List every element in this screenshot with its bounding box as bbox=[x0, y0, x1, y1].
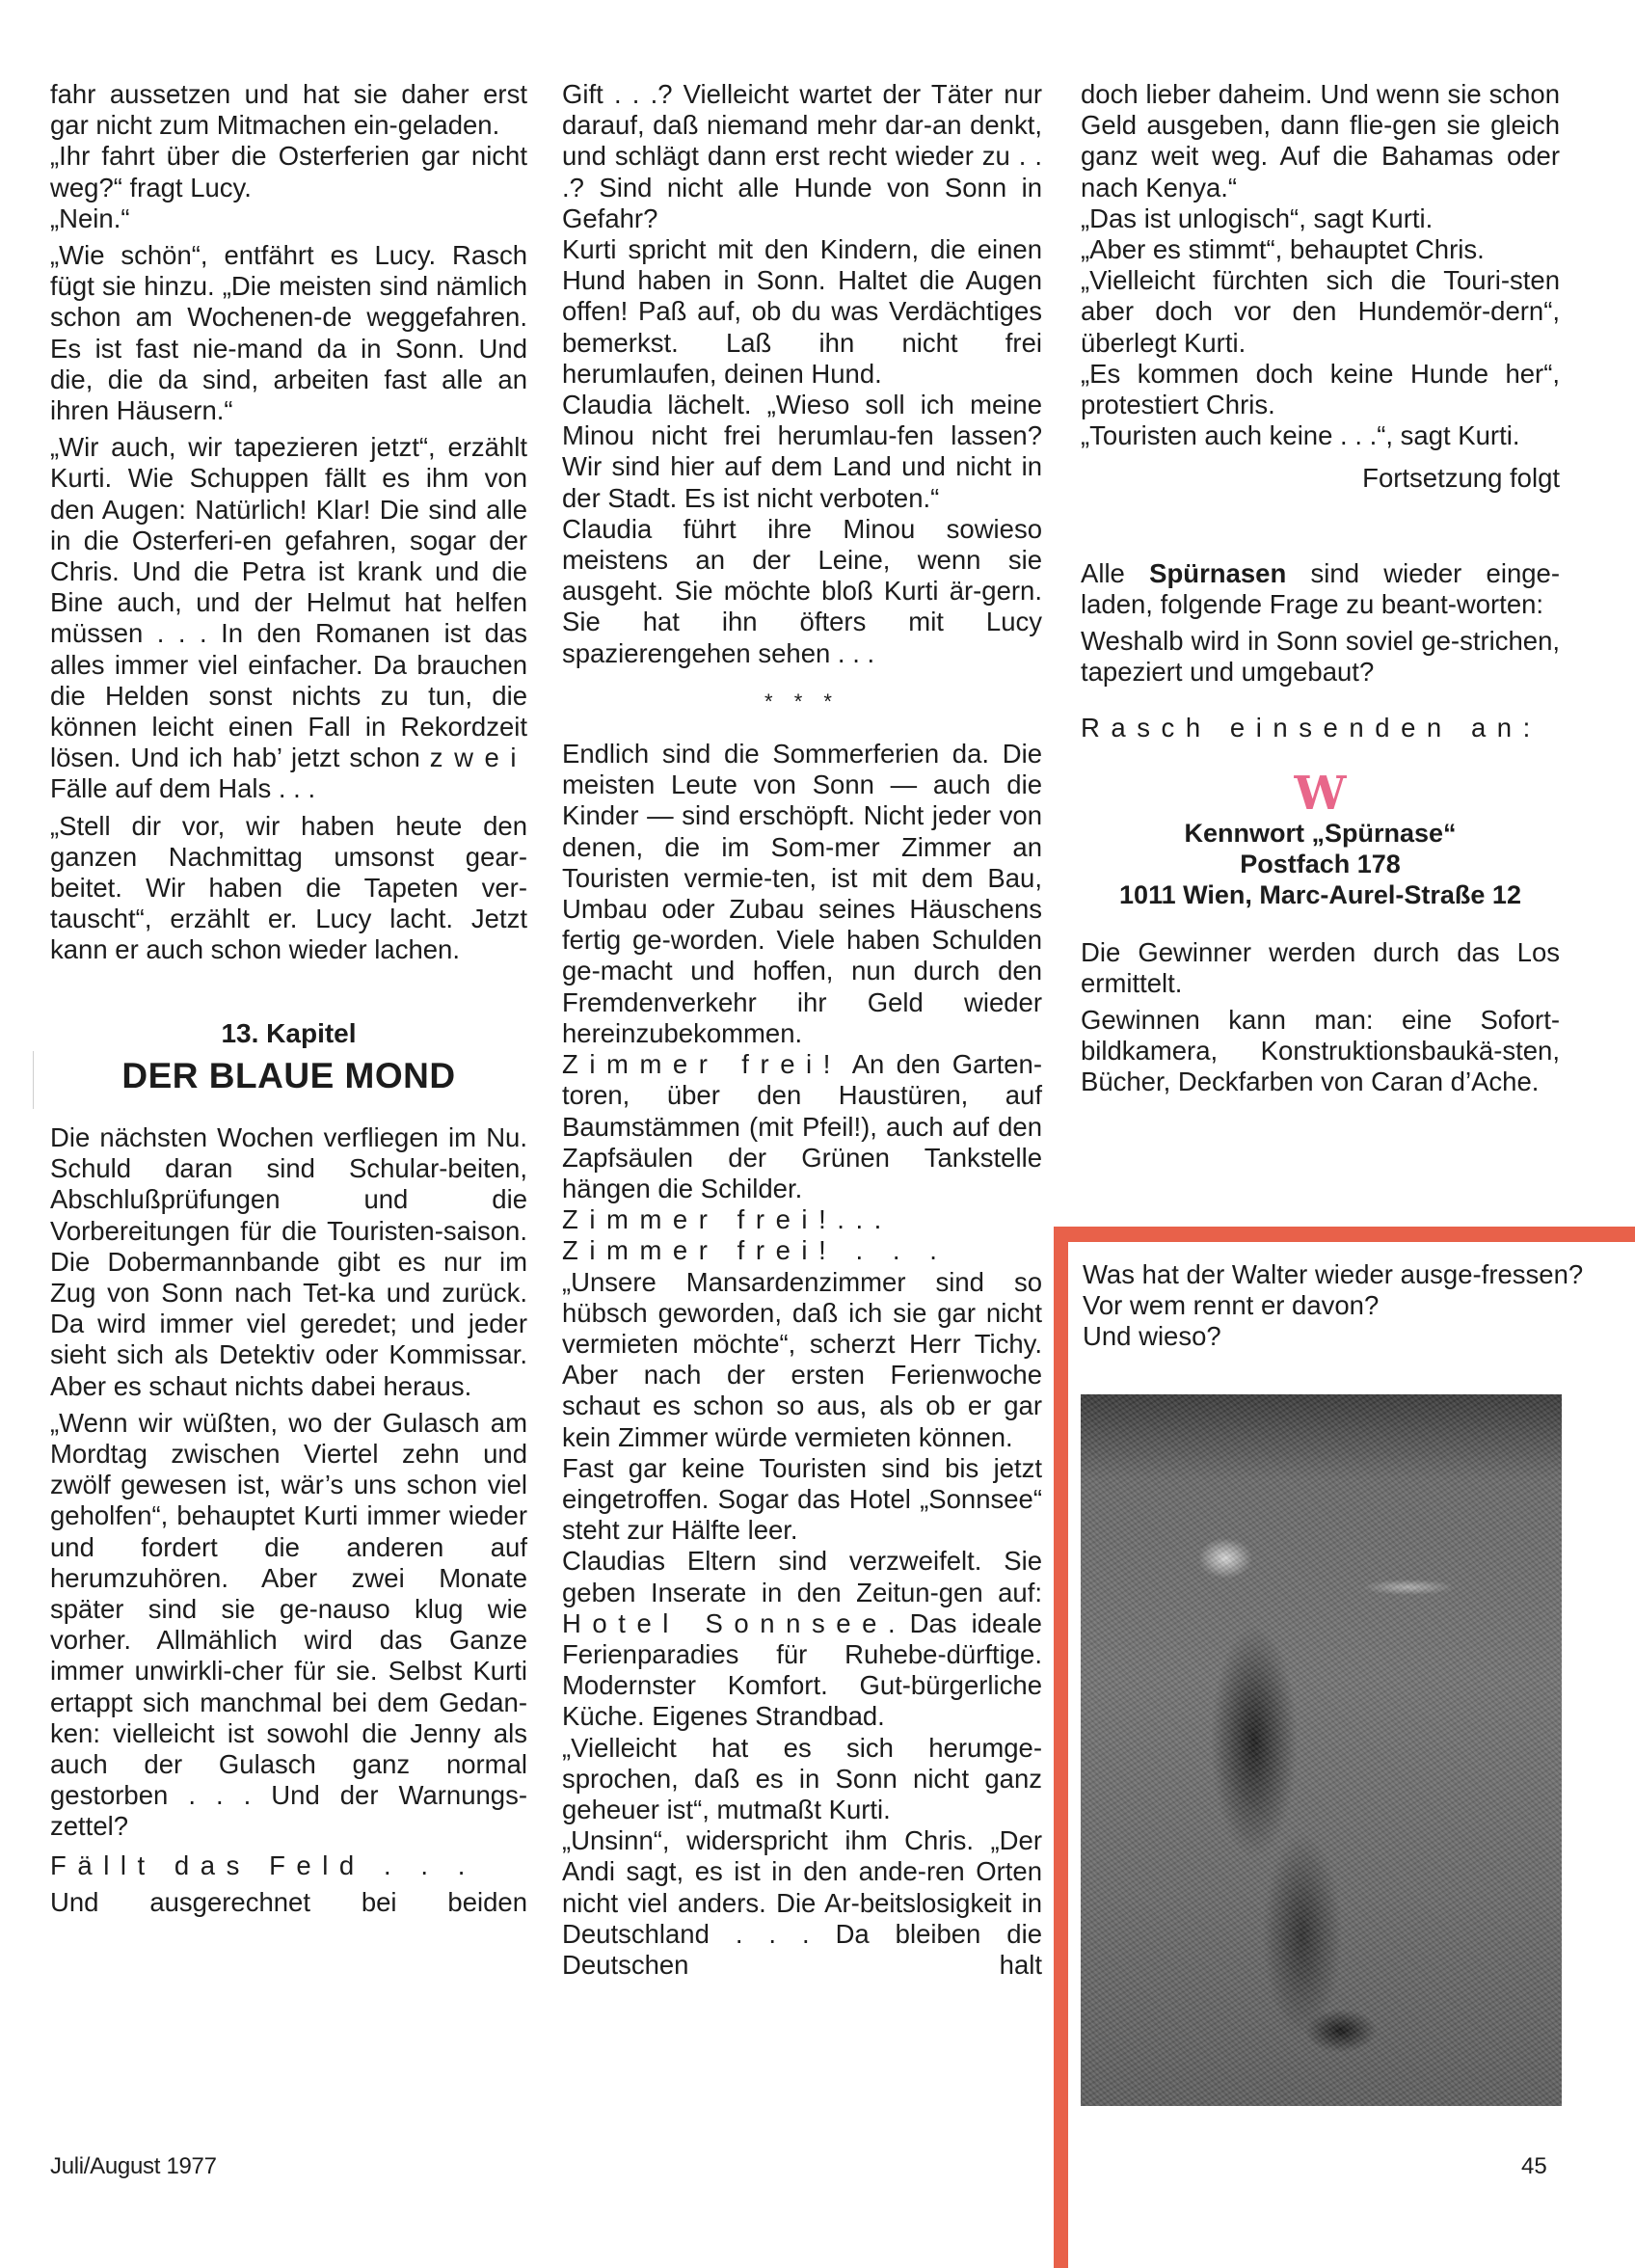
emphasis-spaced: zwei bbox=[430, 742, 527, 772]
paragraph: „Touristen auch keine . . .“, sagt Kurti… bbox=[1081, 420, 1560, 451]
emphasis-spaced: Zimmer frei!... Zimmer frei! . . . bbox=[562, 1204, 1042, 1266]
column-2: Gift . . .? Vielleicht wartet der Täter … bbox=[562, 79, 1042, 1981]
margin-mark bbox=[33, 1051, 34, 1109]
paragraph: „Wir auch, wir tapezieren jetzt“, erzähl… bbox=[50, 432, 527, 804]
contest-intro: Alle Spürnasen sind wieder einge-laden, … bbox=[1081, 558, 1560, 620]
paragraph: „Ihr fahrt über die Osterferien gar nich… bbox=[50, 141, 527, 202]
caption-line: Vor wem rennt er davon? bbox=[1083, 1290, 1584, 1321]
photo-caption: Was hat der Walter wieder ausge-fressen?… bbox=[1083, 1259, 1584, 1353]
section-separator: * * * bbox=[562, 687, 1042, 717]
paragraph: Endlich sind die Sommerferien da. Die me… bbox=[562, 739, 1042, 1049]
continuation-note: Fortsetzung folgt bbox=[1081, 463, 1560, 494]
paragraph: Claudia führt ihre Minou sowieso meisten… bbox=[562, 514, 1042, 669]
paragraph: „Vielleicht fürchten sich die Touri-sten… bbox=[1081, 265, 1560, 359]
prizes-note: Gewinnen kann man: eine Sofort-bildkamer… bbox=[1081, 1005, 1560, 1098]
paragraph: Die nächsten Wochen verfliegen im Nu. Sc… bbox=[50, 1122, 527, 1402]
caption-line: Was hat der Walter wieder ausge-fressen? bbox=[1083, 1259, 1584, 1290]
paragraph: Fast gar keine Touristen sind bis jetzt … bbox=[562, 1453, 1042, 1547]
column-3: doch lieber daheim. Und wenn sie schon G… bbox=[1081, 79, 1560, 1104]
paragraph: Zimmer frei! An den Garten-toren, über d… bbox=[562, 1049, 1042, 1204]
paragraph: „Aber es stimmt“, behauptet Chris. bbox=[1081, 234, 1560, 265]
address-line: Postfach 178 bbox=[1081, 849, 1560, 879]
paragraph: „Das ist unlogisch“, sagt Kurti. bbox=[1081, 203, 1560, 234]
paragraph: „Wie schön“, entfährt es Lucy. Rasch füg… bbox=[50, 240, 527, 426]
paragraph: fahr aussetzen und hat sie daher erst ga… bbox=[50, 79, 527, 141]
chapter-title: DER BLAUE MOND bbox=[50, 1055, 527, 1097]
paragraph: Gift . . .? Vielleicht wartet der Täter … bbox=[562, 79, 1042, 234]
winners-note: Die Gewinner werden durch das Los ermitt… bbox=[1081, 937, 1560, 999]
paragraph: doch lieber daheim. Und wenn sie schon G… bbox=[1081, 79, 1560, 203]
paragraph: „Unsere Mansardenzimmer sind so hübsch g… bbox=[562, 1267, 1042, 1453]
issue-date: Juli/August 1977 bbox=[50, 2153, 217, 2180]
magazine-logo-w: W bbox=[1081, 769, 1560, 818]
paragraph: „Unsinn“, widerspricht ihm Chris. „Der A… bbox=[562, 1825, 1042, 1981]
paragraph: Kurti spricht mit den Kindern, die einen… bbox=[562, 234, 1042, 390]
caption-line: Und wieso? bbox=[1083, 1321, 1584, 1352]
address-line: 1011 Wien, Marc-Aurel-Straße 12 bbox=[1081, 879, 1560, 910]
spaced-heading: Fällt das Feld . . . bbox=[50, 1850, 527, 1881]
spuernasen-bold: Spürnasen bbox=[1149, 558, 1286, 588]
hotel-name-spaced: Hotel Sonnsee bbox=[562, 1608, 888, 1638]
contest-question: Weshalb wird in Sonn soviel ge-strichen,… bbox=[1081, 626, 1560, 688]
paragraph: „Vielleicht hat es sich herumge-sprochen… bbox=[562, 1733, 1042, 1826]
chapter-number: 13. Kapitel bbox=[50, 1018, 527, 1049]
paragraph: Claudia lächelt. „Wieso soll ich meine M… bbox=[562, 390, 1042, 514]
contest-section: Alle Spürnasen sind wieder einge-laden, … bbox=[1081, 558, 1560, 1098]
column-1: fahr aussetzen und hat sie daher erst ga… bbox=[50, 79, 527, 1924]
paragraph: „Stell dir vor, wir haben heute den ganz… bbox=[50, 811, 527, 966]
emphasis-spaced: Zimmer frei! bbox=[562, 1049, 842, 1079]
running-boy-photo bbox=[1081, 1394, 1562, 2106]
send-to-label: Rasch einsenden an: bbox=[1081, 713, 1560, 743]
paragraph: „Wenn wir wüßten, wo der Gulasch am Mord… bbox=[50, 1408, 527, 1843]
paragraph: Claudias Eltern sind verzweifelt. Sie ge… bbox=[562, 1546, 1042, 1732]
paragraph: Und ausgerechnet bei beiden bbox=[50, 1887, 527, 1918]
page-number: 45 bbox=[1521, 2153, 1547, 2180]
paragraph: „Nein.“ bbox=[50, 203, 527, 234]
address-line: Kennwort „Spürnase“ bbox=[1081, 818, 1560, 849]
paragraph: „Es kommen doch keine Hunde her“, protes… bbox=[1081, 359, 1560, 420]
